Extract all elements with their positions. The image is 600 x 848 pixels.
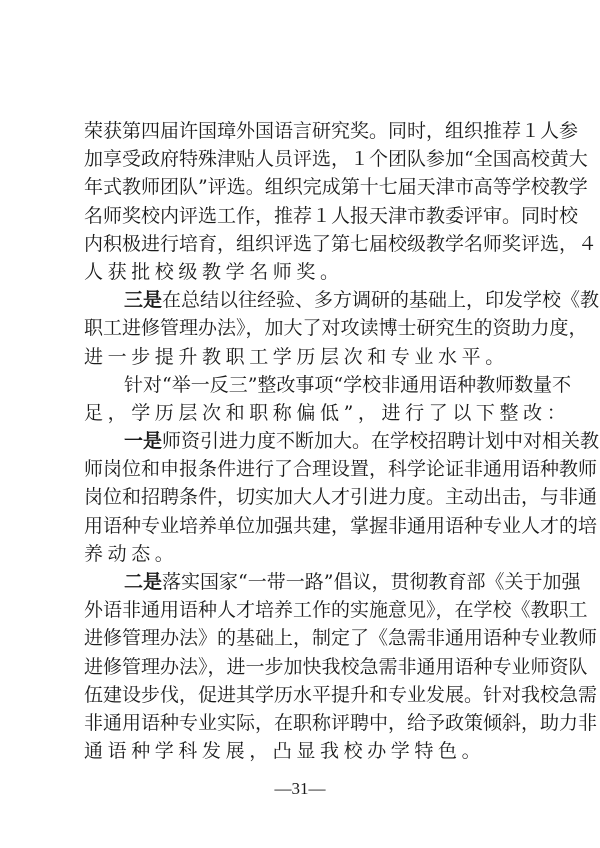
text-line: 伍建设步伐，促进其学历水平提升和专业发展。针对我校急需 [84, 681, 524, 709]
page-number: —31— [0, 779, 600, 799]
text-line: 职工进修管理办法》，加大了对攻读博士研究生的资助力度， [84, 314, 524, 342]
document-page: 荣获第四届许国璋外国语言研究奖。同时，组织推荐１人参 加享受政府特殊津贴人员评选… [0, 0, 600, 848]
paragraph-first-line: 二是落实国家“一带一路”倡议，贯彻教育部《关于加强 [84, 568, 524, 596]
text-line: 进一步提升教职工学历层次和专业水平。 [84, 343, 524, 371]
text-span: 在总结以往经验、多方调研的基础上，印发学校《教 [162, 289, 599, 311]
text-line: 用语种专业培养单位加强共建，掌握非通用语种专业人才的培 [84, 512, 524, 540]
paragraph-lead: 三是 [124, 289, 162, 311]
text-line: 非通用语种专业实际，在职称评聘中，给予政策倾斜，助力非 [84, 709, 524, 737]
text-line: 人获批校级教学名师奖。 [84, 258, 524, 286]
text-line: 名师奖校内评选工作，推荐１人报天津市教委评审。同时校 [84, 202, 524, 230]
paragraph-lead: 二是 [124, 571, 162, 593]
text-span: 师资引进力度不断加大。在学校招聘计划中对相关教 [162, 430, 599, 452]
text-span: 落实国家“一带一路”倡议，贯彻教育部《关于加强 [162, 571, 580, 593]
paragraph-first-line: 一是师资引进力度不断加大。在学校招聘计划中对相关教 [84, 427, 524, 455]
paragraph-first-line: 针对“举一反三”整改事项“学校非通用语种教师数量不 [84, 371, 524, 399]
text-line: 通语种学科发展，凸显我校办学特色。 [84, 737, 524, 765]
text-line: 进修管理办法》的基础上，制定了《急需非通用语种专业教师 [84, 624, 524, 652]
text-line: 进修管理办法》，进一步加快我校急需非通用语种专业师资队 [84, 653, 524, 681]
text-line: 内积极进行培育，组织评选了第七届校级教学名师奖评选，４ [84, 230, 524, 258]
text-line: 外语非通用语种人才培养工作的实施意见》，在学校《教职工 [84, 596, 524, 624]
paragraph-lead: 一是 [124, 430, 162, 452]
text-line: 年式教师团队”评选。组织完成第十七届天津市高等学校教学 [84, 173, 524, 201]
text-line: 加享受政府特殊津贴人员评选，１个团队参加“全国高校黄大 [84, 145, 524, 173]
text-line: 养动态。 [84, 540, 524, 568]
paragraph-first-line: 三是在总结以往经验、多方调研的基础上，印发学校《教 [84, 286, 524, 314]
text-line: 岗位和招聘条件，切实加大人才引进力度。主动出击，与非通 [84, 483, 524, 511]
text-line: 师岗位和申报条件进行了合理设置，科学论证非通用语种教师 [84, 455, 524, 483]
text-line: 荣获第四届许国璋外国语言研究奖。同时，组织推荐１人参 [84, 117, 524, 145]
body-text: 荣获第四届许国璋外国语言研究奖。同时，组织推荐１人参 加享受政府特殊津贴人员评选… [84, 117, 524, 765]
text-line: 足，学历层次和职称偏低”，进行了以下整改： [84, 399, 524, 427]
